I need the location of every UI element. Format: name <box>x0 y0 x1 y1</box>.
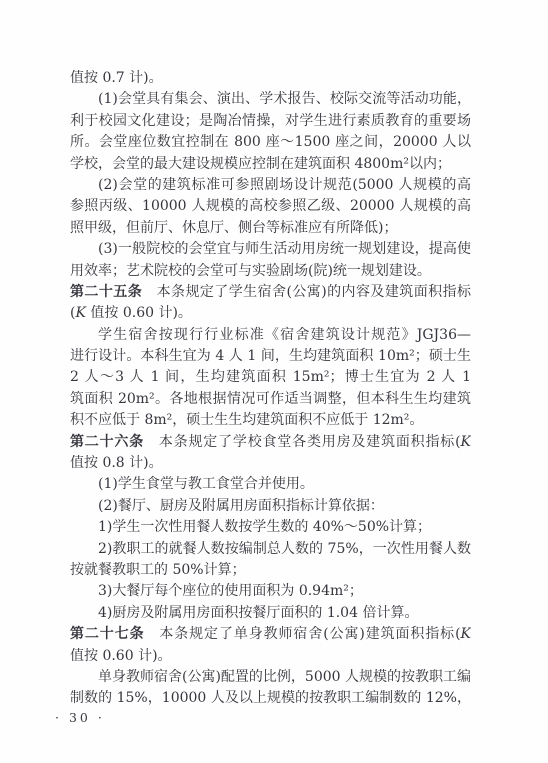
text-line: 第二十六条 本条规定了学校食堂各类用房及建筑面积指标(K <box>70 432 471 453</box>
text-block: 值按 0.7 计)。(1)会堂具有集会、演出、学术报告、校际交流等活动功能，有利… <box>70 68 471 710</box>
text-line: 按就餐教职工的 50%计算； <box>70 560 471 581</box>
text-line: 2)教职工的就餐人数按编制总人数的 75%，一次性用餐人数 <box>70 539 471 560</box>
text-line: 4)厨房及附属用房面积按餐厅面积的 1.04 倍计算。 <box>70 603 471 624</box>
body-text: 学校，会堂的最大建设规模应控制在建筑面积 4800m²以内； <box>70 156 451 172</box>
text-line: 2 人～3 人 1 间，生均建筑面积 15m²；博士生宜为 2 人 1 间，生均… <box>70 367 471 388</box>
text-line: 第二十七条 本条规定了单身教师宿舍(公寓)建筑面积指标(K <box>70 624 471 645</box>
body-text: 本条规定了学校食堂各类用房及建筑面积指标( <box>144 434 460 450</box>
text-line: 利于校园文化建设；是陶冶情操，对学生进行素质教育的重要场 <box>70 111 471 132</box>
text-line: 筑面积 20m²。各地根据情况可作适当调整，但本科生生均建筑面 <box>70 389 471 410</box>
body-text: 2)教职工的就餐人数按编制总人数的 75%，一次性用餐人数 <box>98 541 471 557</box>
body-text: 参照丙级、10000 人规模的高校参照乙级、20000 人规模的高校参 <box>70 198 471 217</box>
text-line: 积不应低于 8m²，硕士生生均建筑面积不应低于 12m²。 <box>70 410 471 431</box>
text-line: 用效率；艺术院校的会堂可与实验剧场(院)统一规划建设。 <box>70 261 471 282</box>
text-line: 第二十五条 本条规定了学生宿舍(公寓)的内容及建筑面积指标 <box>70 282 471 303</box>
body-text: 利于校园文化建设；是陶冶情操，对学生进行素质教育的重要场 <box>70 113 471 129</box>
body-text: 进行设计。本科生宜为 4 人 1 间，生均建筑面积 10m²；硕士生宜为 <box>70 348 471 367</box>
document-page: 值按 0.7 计)。(1)会堂具有集会、演出、学术报告、校际交流等活动功能，有利… <box>0 0 548 763</box>
body-text: 值按 0.7 计)。 <box>70 70 163 86</box>
body-text: 值按 0.60 计)。 <box>86 305 192 321</box>
body-text: (2)会堂的建筑标准可参照剧场设计规范(5000 人规模的高校 <box>70 177 471 196</box>
text-line: (2)餐厅、厨房及附属用房面积指标计算依据： <box>70 496 471 517</box>
text-line: 制数的 15%，10000 人及以上规模的按教职工编制数的 12%，每 <box>70 688 471 709</box>
text-line: (3)一般院校的会堂宜与师生活动用房统一规划建设，提高使 <box>70 239 471 260</box>
body-text: 单身教师宿舍(公寓)配置的比例，5000 人规模的按教职工编 <box>98 669 471 685</box>
text-line: 值按 0.60 计)。 <box>70 646 471 667</box>
body-text: (1)学生食堂与教工食堂合并使用。 <box>98 476 314 492</box>
body-text: (1)会堂具有集会、演出、学术报告、校际交流等活动功能，有 <box>70 91 471 110</box>
body-text: 用效率；艺术院校的会堂可与实验剧场(院)统一规划建设。 <box>70 263 431 279</box>
text-line: 值按 0.7 计)。 <box>70 68 471 89</box>
article-heading-text: 第二十五条 <box>70 284 142 300</box>
body-text: 2 人～3 人 1 间，生均建筑面积 15m²；博士生宜为 2 人 1 间，生均… <box>70 369 471 388</box>
body-text: 本条规定了学生宿舍(公寓)的内容及建筑面积指标 <box>142 284 471 300</box>
text-line: 单身教师宿舍(公寓)配置的比例，5000 人规模的按教职工编 <box>70 667 471 688</box>
body-text: 按就餐教职工的 50%计算； <box>70 562 246 578</box>
body-text: 值按 0.60 计)。 <box>70 648 172 664</box>
text-line: 学校，会堂的最大建设规模应控制在建筑面积 4800m²以内； <box>70 154 471 175</box>
text-line: 学生宿舍按现行行业标准《宿舍建筑设计规范》JGJ36—2005 <box>70 325 471 346</box>
page-number: · 30 · <box>55 710 105 726</box>
body-text: 积不应低于 8m²，硕士生生均建筑面积不应低于 12m²。 <box>70 412 423 428</box>
article-heading-text: 第二十六条 <box>70 434 144 450</box>
body-text: (3)一般院校的会堂宜与师生活动用房统一规划建设，提高使 <box>98 241 471 257</box>
body-text: (2)餐厅、厨房及附属用房面积指标计算依据： <box>98 498 384 514</box>
body-text: 照甲级，但前厅、休息厅、侧台等标准应有所降低)； <box>70 220 397 236</box>
body-text: 学生宿舍按现行行业标准《宿舍建筑设计规范》JGJ36—2005 <box>70 327 471 346</box>
text-line: 照甲级，但前厅、休息厅、侧台等标准应有所降低)； <box>70 218 471 239</box>
text-line: (2)会堂的建筑标准可参照剧场设计规范(5000 人规模的高校 <box>70 175 471 196</box>
body-text: 值按 0.8 计)。 <box>70 455 163 471</box>
body-text: 所。会堂座位数宜控制在 800 座～1500 座之间，20000 人以上的 <box>70 134 471 153</box>
article-heading-text: 第二十七条 <box>70 626 144 642</box>
body-text: K <box>461 626 471 642</box>
body-text: 3)大餐厅每个座位的使用面积为 0.94m²； <box>98 583 363 599</box>
text-line: 3)大餐厅每个座位的使用面积为 0.94m²； <box>70 581 471 602</box>
body-text: 本条规定了单身教师宿舍(公寓)建筑面积指标( <box>144 626 460 642</box>
text-line: 所。会堂座位数宜控制在 800 座～1500 座之间，20000 人以上的 <box>70 132 471 153</box>
body-text: 4)厨房及附属用房面积按餐厅面积的 1.04 倍计算。 <box>98 605 418 621</box>
body-text: 筑面积 20m²。各地根据情况可作适当调整，但本科生生均建筑面 <box>70 391 471 410</box>
body-text: K <box>75 305 85 321</box>
text-line: (K 值按 0.60 计)。 <box>70 303 471 324</box>
body-text: K <box>461 434 471 450</box>
text-line: 参照丙级、10000 人规模的高校参照乙级、20000 人规模的高校参 <box>70 196 471 217</box>
body-text: 制数的 15%，10000 人及以上规模的按教职工编制数的 12%，每 <box>70 690 471 709</box>
text-line: (1)会堂具有集会、演出、学术报告、校际交流等活动功能，有 <box>70 89 471 110</box>
text-line: 值按 0.8 计)。 <box>70 453 471 474</box>
text-line: (1)学生食堂与教工食堂合并使用。 <box>70 474 471 495</box>
text-line: 1)学生一次性用餐人数按学生数的 40%～50%计算； <box>70 517 471 538</box>
text-line: 进行设计。本科生宜为 4 人 1 间，生均建筑面积 10m²；硕士生宜为 <box>70 346 471 367</box>
body-text: 1)学生一次性用餐人数按学生数的 40%～50%计算； <box>98 519 431 535</box>
